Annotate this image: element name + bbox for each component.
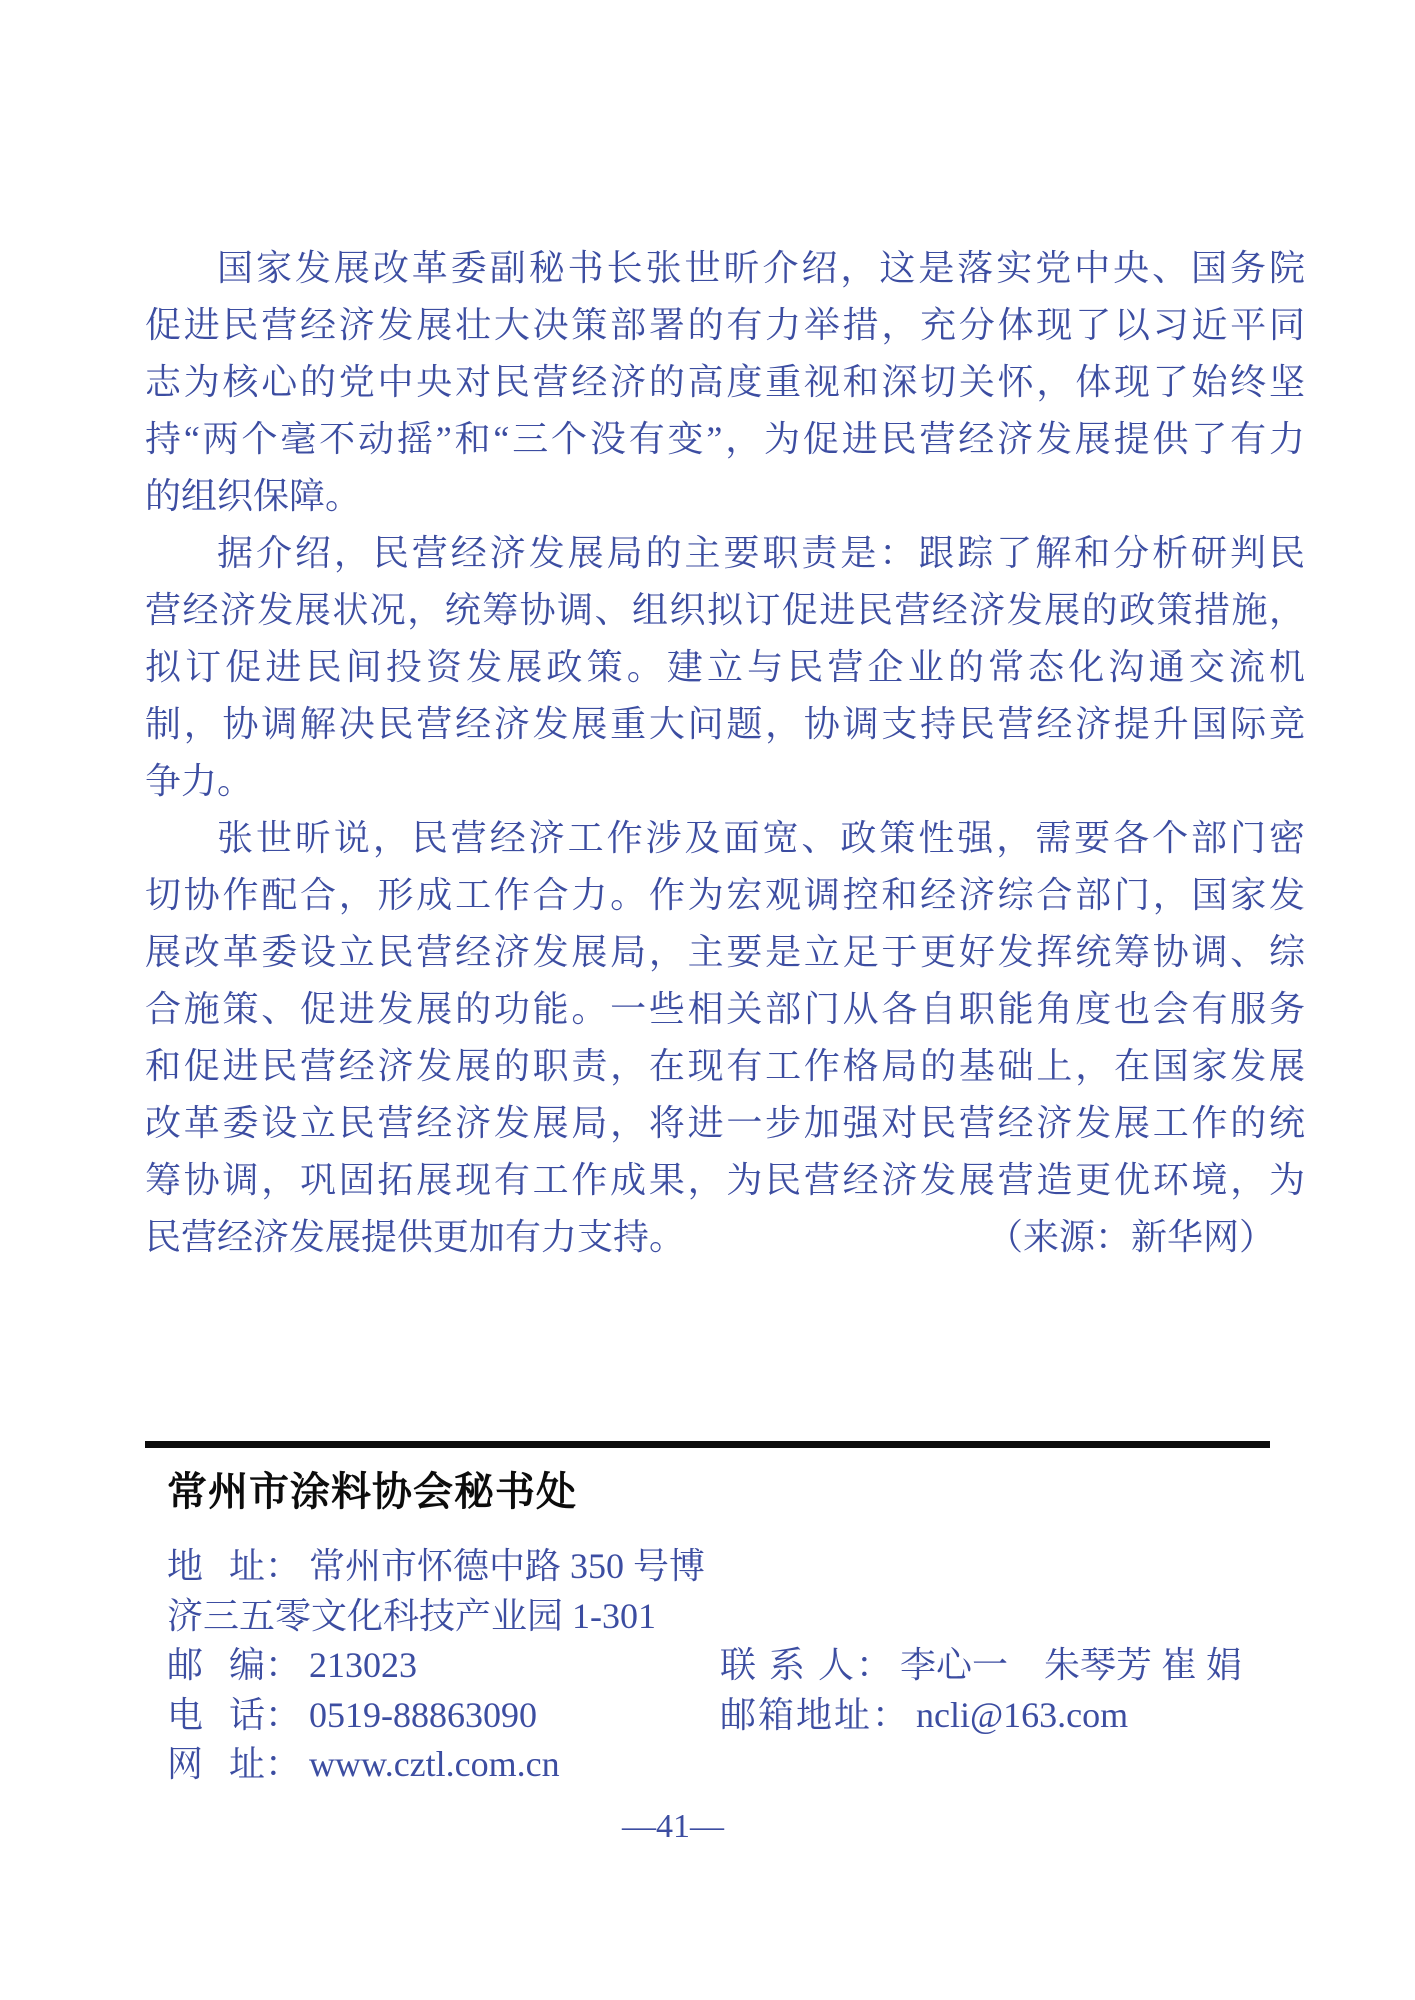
document-page: 国家发展改革委副秘书长张世昕介绍，这是落实党中央、国务院促进民营经济发展壮大决策…	[0, 0, 1415, 2000]
contact-column-secondary: 联 系 人：李心一 朱琴芳 崔 娟	[720, 1641, 1277, 1691]
contact-label-secondary: 邮箱地址	[720, 1695, 872, 1735]
paragraph-line: 营经济发展状况，统筹协调、组织拟订促进民营经济发展的政策措施，	[145, 582, 1305, 639]
paragraph-line: 张世昕说，民营经济工作涉及面宽、政策性强，需要各个部门密	[145, 810, 1305, 867]
paragraph-line: 制，协调解决民营经济发展重大问题，协调支持民营经济提升国际竞	[145, 696, 1305, 753]
contact-value-secondary: ncli@163.com	[916, 1695, 1128, 1735]
contact-label-secondary: 联 系 人	[720, 1645, 856, 1685]
paragraph-line: 志为核心的党中央对民营经济的高度重视和深切关怀，体现了始终坚	[145, 354, 1305, 411]
paragraph-line: 改革委设立民营经济发展局，将进一步加强对民营经济发展工作的统	[145, 1095, 1305, 1152]
contact-value: www.cztl.com.cn	[309, 1744, 560, 1784]
contact-colon: ：	[265, 1695, 301, 1735]
paragraph-line: 持“两个毫不动摇”和“三个没有变”，为促进民营经济发展提供了有力	[145, 411, 1305, 468]
paragraph-line: 展改革委设立民营经济发展局，主要是立足于更好发挥统筹协调、综	[145, 924, 1305, 981]
paragraph-line: 拟订促进民间投资发展政策。建立与民营企业的常态化沟通交流机	[145, 639, 1305, 696]
footer-separator-line	[145, 1441, 1270, 1448]
contact-value: 0519-88863090	[309, 1695, 537, 1735]
contact-colon: ：	[265, 1546, 301, 1586]
paragraph-line: 合施策、促进发展的功能。一些相关部门从各自职能角度也会有服务	[145, 981, 1305, 1038]
paragraph: 国家发展改革委副秘书长张世昕介绍，这是落实党中央、国务院促进民营经济发展壮大决策…	[145, 240, 1305, 525]
contact-colon: ：	[856, 1645, 892, 1685]
contact-column-primary: 电话：0519-88863090	[167, 1691, 720, 1741]
article-body: 国家发展改革委副秘书长张世昕介绍，这是落实党中央、国务院促进民营经济发展壮大决策…	[145, 240, 1305, 1266]
contact-value-secondary: 李心一 朱琴芳 崔 娟	[900, 1645, 1242, 1685]
contact-column-primary: 邮编：213023	[167, 1641, 720, 1691]
source-attribution: （来源：新华网）	[987, 1209, 1275, 1266]
paragraph-line: 国家发展改革委副秘书长张世昕介绍，这是落实党中央、国务院	[145, 240, 1305, 297]
contact-column-secondary: 邮箱地址：ncli@163.com	[720, 1691, 1277, 1741]
paragraph-line: 切协作配合，形成工作合力。作为宏观调控和经济综合部门，国家发	[145, 867, 1305, 924]
contact-colon: ：	[265, 1645, 301, 1685]
contact-row: 电话：0519-88863090邮箱地址：ncli@163.com	[167, 1691, 1277, 1741]
paragraph-line-text: 民营经济发展提供更加有力支持。	[145, 1209, 685, 1266]
contact-row: 地址：常州市怀德中路 350 号博济三五零文化科技产业园 1-301	[167, 1542, 1277, 1641]
paragraph-line: 民营经济发展提供更加有力支持。（来源：新华网）	[145, 1209, 1305, 1266]
paragraph: 据介绍，民营经济发展局的主要职责是：跟踪了解和分析研判民营经济发展状况，统筹协调…	[145, 525, 1305, 810]
contact-column-primary: 地址：常州市怀德中路 350 号博济三五零文化科技产业园 1-301	[167, 1542, 720, 1641]
paragraph: 张世昕说，民营经济工作涉及面宽、政策性强，需要各个部门密切协作配合，形成工作合力…	[145, 810, 1305, 1266]
contact-colon: ：	[265, 1744, 301, 1784]
contact-row: 邮编：213023联 系 人：李心一 朱琴芳 崔 娟	[167, 1641, 1277, 1691]
footer-org-name: 常州市涂料协会秘书处	[167, 1460, 577, 1517]
contact-column-primary: 网址：www.cztl.com.cn	[167, 1740, 720, 1790]
paragraph-line: 促进民营经济发展壮大决策部署的有力举措，充分体现了以习近平同	[145, 297, 1305, 354]
contact-block: 地址：常州市怀德中路 350 号博济三五零文化科技产业园 1-301邮编：213…	[167, 1542, 1277, 1790]
paragraph-line: 和促进民营经济发展的职责，在现有工作格局的基础上，在国家发展	[145, 1038, 1305, 1095]
paragraph-line: 筹协调，巩固拓展现有工作成果，为民营经济发展营造更优环境，为	[145, 1152, 1305, 1209]
contact-row: 网址：www.cztl.com.cn	[167, 1740, 1277, 1790]
contact-value: 213023	[309, 1645, 417, 1685]
paragraph-line: 据介绍，民营经济发展局的主要职责是：跟踪了解和分析研判民	[145, 525, 1305, 582]
paragraph-line: 的组织保障。	[145, 468, 1305, 525]
contact-colon: ：	[872, 1695, 908, 1735]
paragraph-line: 争力。	[145, 753, 1305, 810]
page-number: —41—	[573, 1808, 773, 1846]
